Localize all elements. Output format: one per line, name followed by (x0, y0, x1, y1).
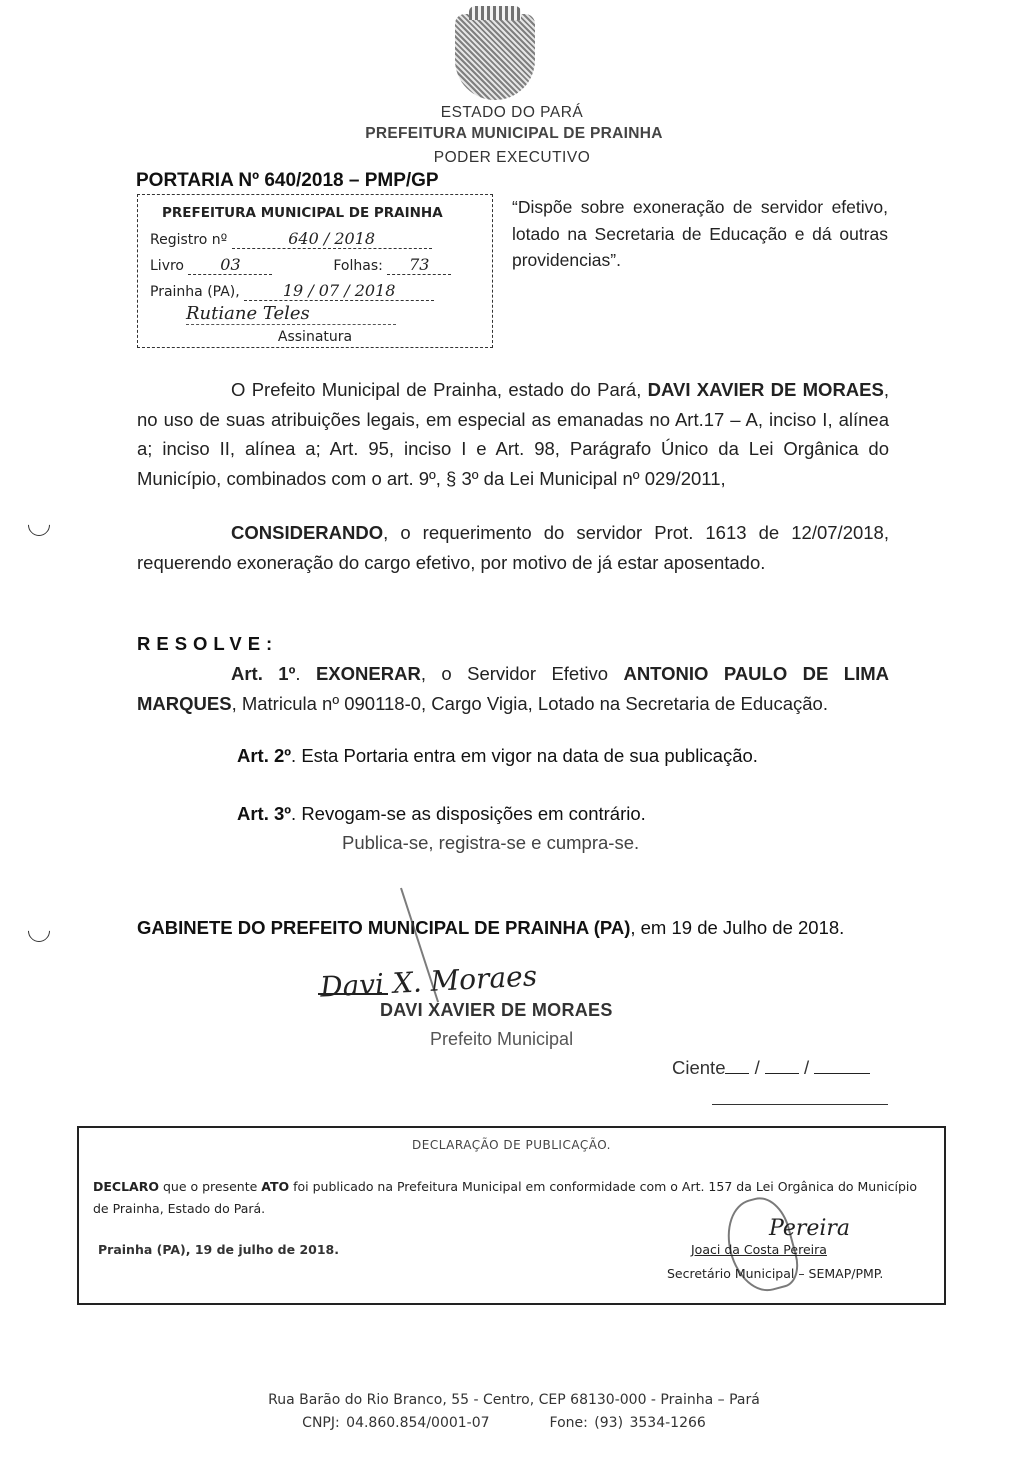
gabinete-line: GABINETE DO PREFEITO MUNICIPAL DE PRAINH… (137, 913, 889, 943)
closing-formula: Publica-se, registra-se e cumpra-se. (342, 832, 639, 854)
article-1-label: Art. 1º (231, 663, 295, 684)
ciente-month-blank (765, 1057, 799, 1074)
registration-number-value: 640 / 2018 (232, 229, 432, 249)
publication-text: DECLARO que o presente ATO foi publicado… (93, 1176, 935, 1220)
ciente-label: Ciente (672, 1057, 725, 1078)
gabinete-label: GABINETE DO PREFEITO MUNICIPAL DE PRAINH… (137, 917, 630, 938)
footer-phone: Fone: (93) 3534-1266 (550, 1415, 706, 1431)
registration-date-value: 19 / 07 / 2018 (244, 281, 434, 301)
mayor-name: DAVI XAVIER DE MORAES (648, 379, 884, 400)
article-2-label: Art. 2º (237, 745, 291, 766)
footer-address: Rua Barão do Rio Branco, 55 - Centro, CE… (0, 1392, 1028, 1408)
registration-signature: Rutiane Teles (186, 303, 396, 325)
mayor-signature: Davi X. Moraes (319, 959, 538, 1003)
registration-stamp: PREFEITURA MUNICIPAL DE PRAINHA Registro… (137, 194, 493, 348)
considerando-paragraph: CONSIDERANDO, o requerimento do servidor… (137, 518, 889, 577)
article-3-label: Art. 3º (237, 803, 291, 824)
registration-place-label: Prainha (PA), (150, 284, 240, 300)
registration-number-row: Registro nº 640 / 2018 (150, 229, 432, 249)
branch-heading: PODER EXECUTIVO (0, 149, 1026, 167)
book-value: 03 (188, 255, 272, 275)
book-page-row: Livro 03 Folhas: 73 (150, 255, 451, 275)
secretary-name: Joaci da Costa Pereira (691, 1242, 827, 1257)
article-3: Art. 3º. Revogam-se as disposições em co… (237, 803, 646, 825)
ciente-separator: / (804, 1057, 809, 1078)
ato-label: ATO (261, 1179, 289, 1194)
signatory-role: Prefeito Municipal (430, 1029, 573, 1050)
article-1-text: , o Servidor Efetivo (421, 663, 624, 684)
portaria-title: PORTARIA Nº 640/2018 – PMP/GP (136, 170, 439, 192)
registration-signature-row: Rutiane Teles (186, 303, 396, 325)
declaro-label: DECLARO (93, 1179, 159, 1194)
registration-heading: PREFEITURA MUNICIPAL DE PRAINHA (162, 205, 443, 221)
registration-number-label: Registro nº (150, 232, 227, 248)
publication-declaration: DECLARAÇÃO DE PUBLICAÇÃO. DECLARO que o … (77, 1126, 946, 1305)
preamble-paragraph: O Prefeito Municipal de Prainha, estado … (137, 375, 889, 493)
punch-hole-mark (23, 915, 54, 946)
ementa: “Dispõe sobre exoneração de servidor efe… (512, 194, 888, 274)
municipality-heading: PREFEITURA MUNICIPAL DE PRAINHA (0, 125, 1028, 143)
pages-value: 73 (387, 255, 451, 275)
article-2-text: . Esta Portaria entra em vigor na data d… (291, 745, 758, 766)
considerando-label: CONSIDERANDO (231, 522, 383, 543)
pages-label: Folhas: (333, 258, 382, 274)
book-label: Livro (150, 258, 184, 274)
signature-label: Assinatura (138, 329, 492, 345)
article-1-action: EXONERAR (316, 663, 421, 684)
secretary-role: Secretário Municipal – SEMAP/PMP. (667, 1266, 883, 1281)
signatory-name: DAVI XAVIER DE MORAES (380, 1000, 613, 1021)
ciente-year-blank (814, 1057, 870, 1074)
resolve-heading: RESOLVE: (137, 633, 278, 655)
footer-cnpj: CNPJ: 04.860.854/0001-07 (302, 1415, 489, 1431)
gabinete-date: , em 19 de Julho de 2018. (630, 917, 844, 938)
ciente-signature-line (712, 1104, 888, 1105)
coat-of-arms-icon (455, 14, 535, 100)
ciente-separator: / (755, 1057, 760, 1078)
article-1: Art. 1º. EXONERAR, o Servidor Efetivo AN… (137, 659, 889, 718)
ciente-day-blank (725, 1057, 749, 1074)
preamble-intro: O Prefeito Municipal de Prainha, estado … (231, 379, 648, 400)
registration-date-row: Prainha (PA), 19 / 07 / 2018 (150, 281, 434, 301)
state-heading: ESTADO DO PARÁ (0, 104, 1026, 122)
punch-hole-mark (23, 509, 54, 540)
footer-contacts: CNPJ: 04.860.854/0001-07Fone: (93) 3534-… (0, 1415, 1018, 1431)
article-1-details: , Matricula nº 090118-0, Cargo Vigia, Lo… (232, 693, 828, 714)
publication-title: DECLARAÇÃO DE PUBLICAÇÃO. (79, 1138, 944, 1152)
ciente-field: Ciente / / (672, 1057, 870, 1079)
article-3-text: . Revogam-se as disposições em contrário… (291, 803, 646, 824)
secretary-signature: Pereira (769, 1216, 850, 1241)
article-2: Art. 2º. Esta Portaria entra em vigor na… (237, 745, 758, 767)
publication-text-part: que o presente (159, 1179, 261, 1194)
publication-date: Prainha (PA), 19 de julho de 2018. (98, 1242, 339, 1257)
